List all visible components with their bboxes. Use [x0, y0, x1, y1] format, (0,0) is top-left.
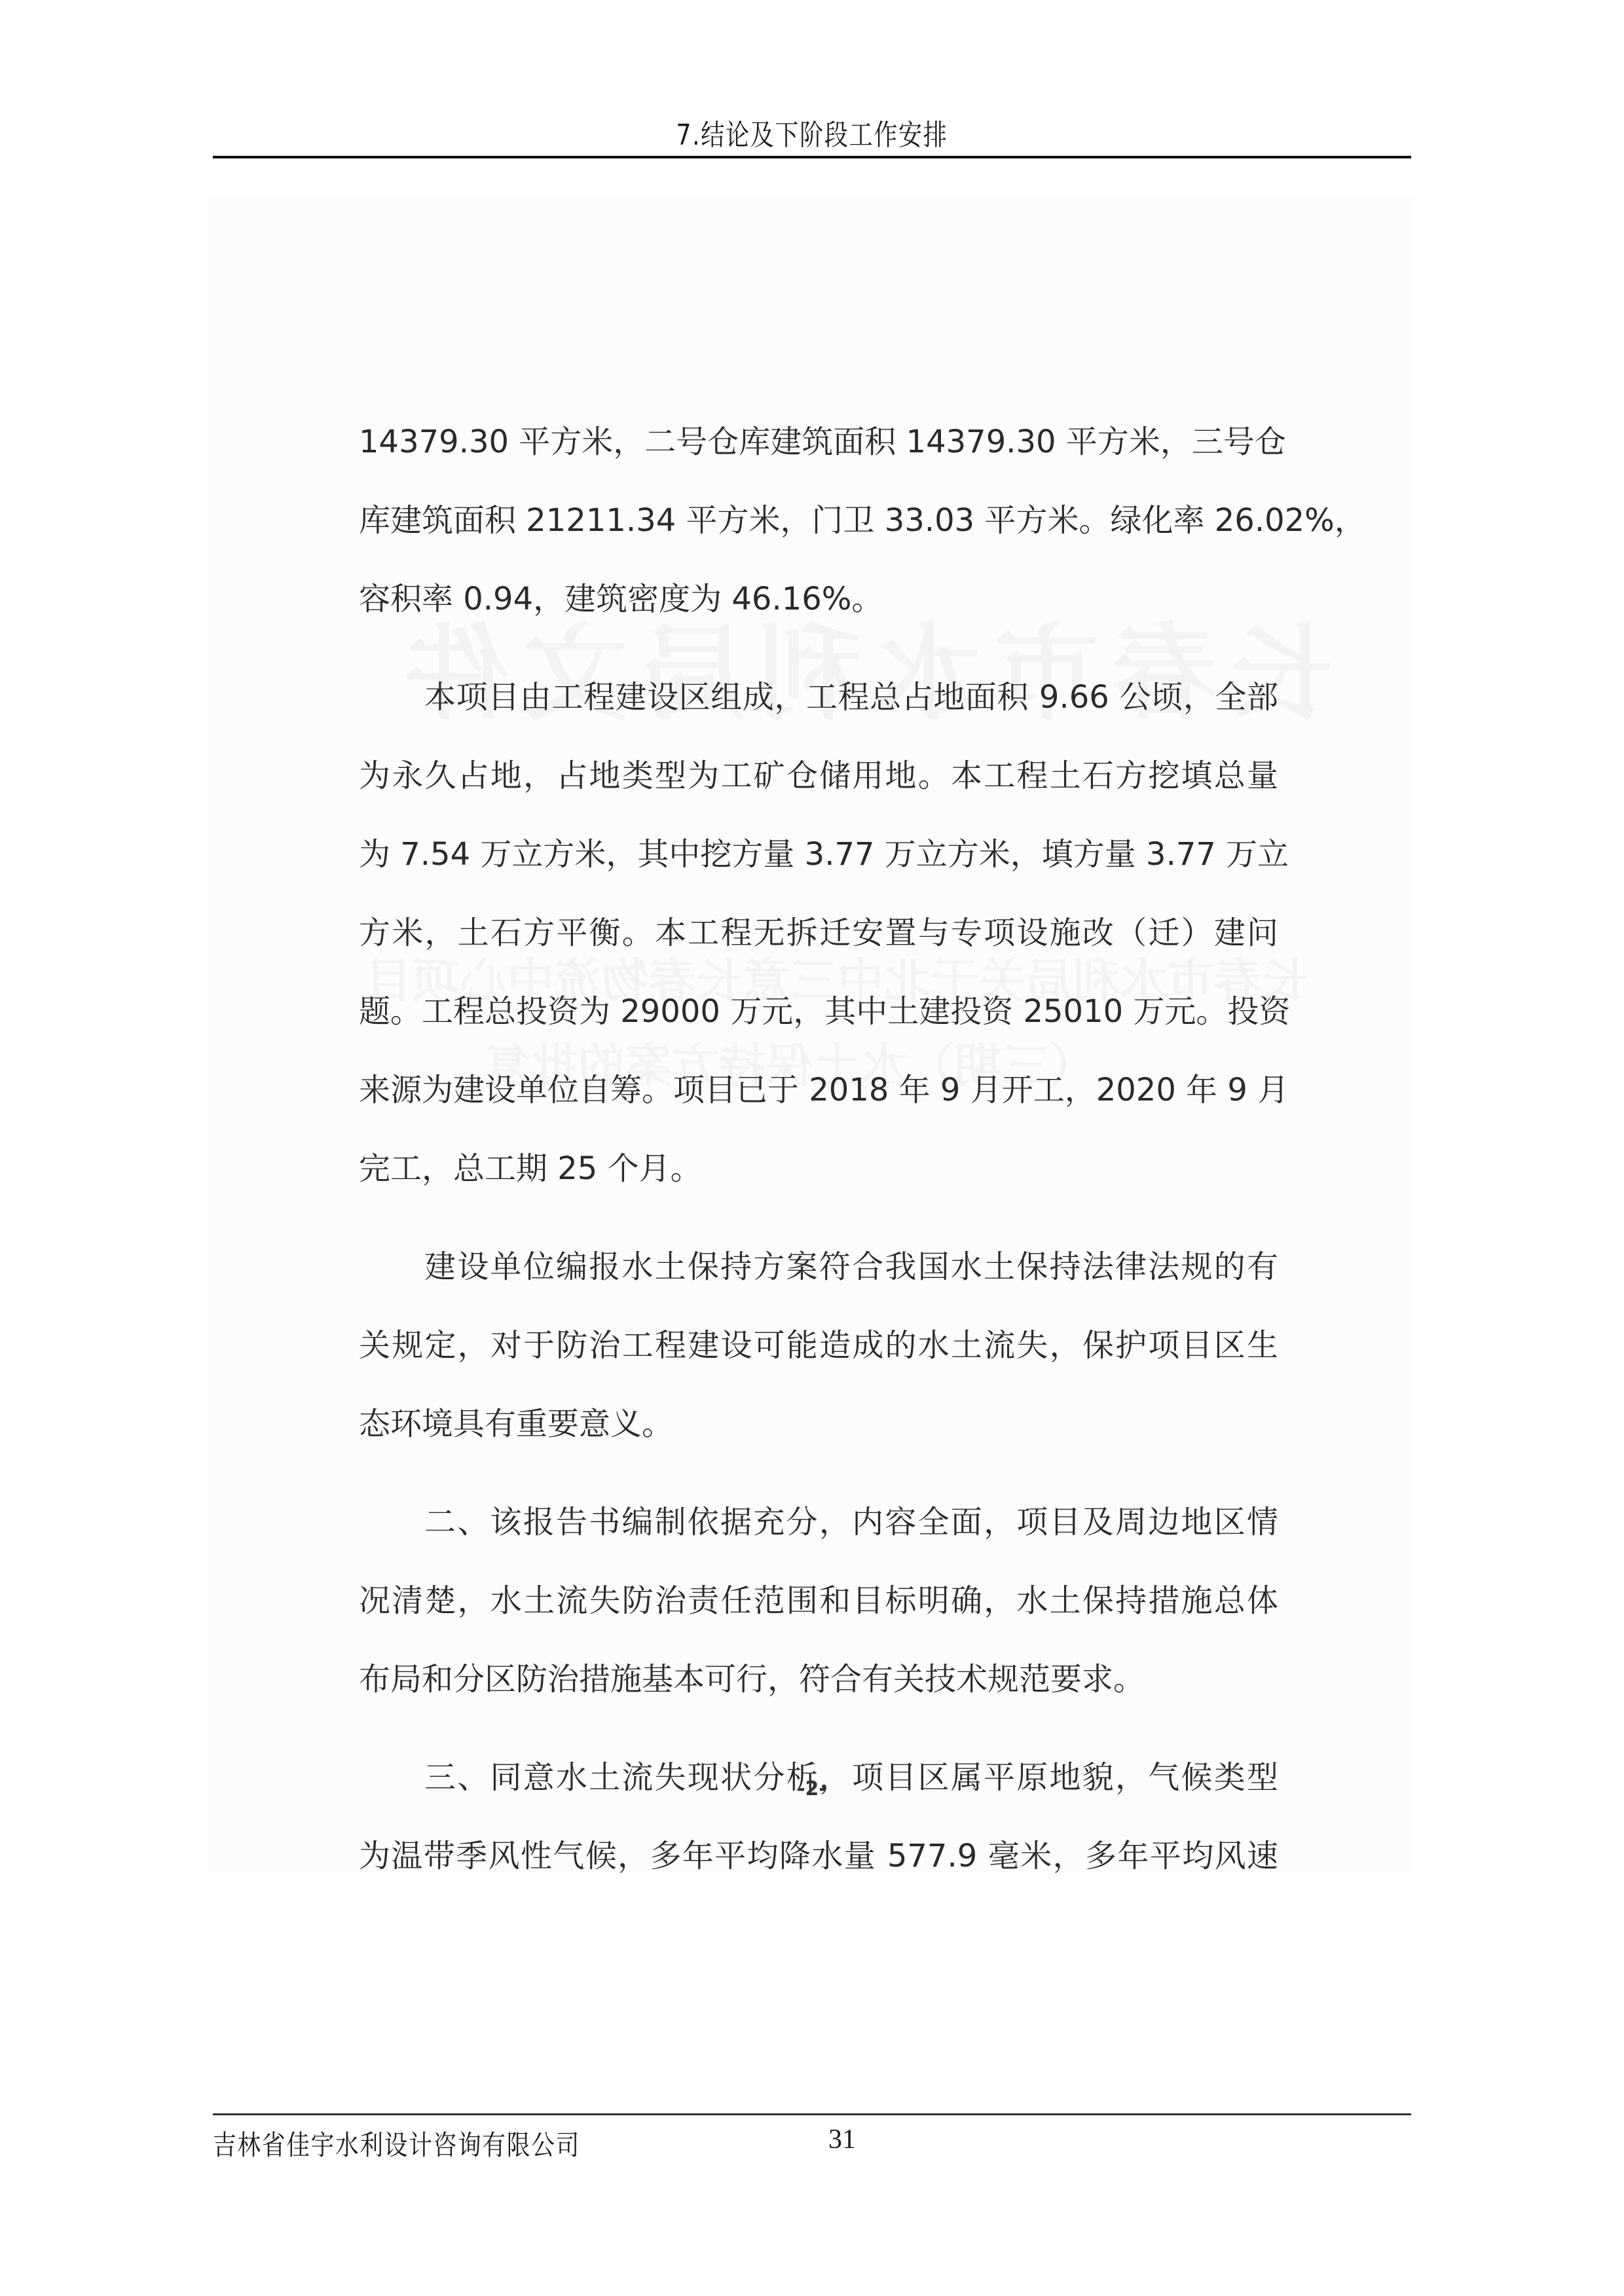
header-rule — [213, 156, 1411, 158]
text-line: 方米，土石方平衡。本工程无拆迁安置与专项设施改（迁）建问 — [359, 894, 1278, 972]
company-name: 吉林省佳宇水利设计咨询有限公司 — [213, 2124, 580, 2163]
text-line: 14379.30 平方米，二号仓库建筑面积 14379.30 平方米，三号仓 — [359, 403, 1278, 481]
text-line: 为永久占地，占地类型为工矿仓储用地。本工程土石方挖填总量 — [359, 737, 1278, 815]
footer-rule — [213, 2113, 1411, 2115]
section-title: 7.结论及下阶段工作安排 — [321, 111, 1304, 153]
text-line: 为温带季风性气候，多年平均降水量 577.9 毫米，多年平均风速 — [359, 1817, 1278, 1895]
page-number: 31 — [828, 2124, 856, 2155]
scanned-page-number: -2- — [779, 1777, 845, 1800]
text-line: 为 7.54 万立方米，其中挖方量 3.77 万立方米，填方量 3.77 万立 — [359, 815, 1278, 894]
text-line: 题。工程总投资为 29000 万元，其中土建投资 25010 万元。投资 — [359, 972, 1278, 1051]
text-line: 容积率 0.94，建筑密度为 46.16%。 — [359, 560, 1278, 638]
document-body: 14379.30 平方米，二号仓库建筑面积 14379.30 平方米，三号仓 库… — [359, 403, 1278, 1895]
page-header: 7.结论及下阶段工作安排 — [213, 105, 1411, 157]
text-line: 库建筑面积 21211.34 平方米，门卫 33.03 平方米。绿化率 26.0… — [359, 481, 1278, 560]
text-line: 况清楚，水土流失防治责任范围和目标明确，水土保持措施总体 — [359, 1561, 1278, 1640]
text-line: 完工，总工期 25 个月。 — [359, 1129, 1278, 1208]
text-line: 来源为建设单位自筹。项目已于 2018 年 9 月开工，2020 年 9 月 — [359, 1051, 1278, 1129]
text-line: 布局和分区防治措施基本可行，符合有关技术规范要求。 — [359, 1640, 1278, 1719]
text-line: 关规定，对于防治工程建设可能造成的水土流失，保护项目区生 — [359, 1306, 1278, 1385]
text-line: 建设单位编报水土保持方案符合我国水土保持法律法规的有 — [359, 1228, 1278, 1306]
text-line: 二、该报告书编制依据充分，内容全面，项目及周边地区情 — [359, 1483, 1278, 1561]
page-footer: 吉林省佳宇水利设计咨询有限公司 31 — [213, 2113, 1411, 2166]
text-line: 态环境具有重要意义。 — [359, 1385, 1278, 1463]
text-line: 本项目由工程建设区组成，工程总占地面积 9.66 公顷，全部 — [359, 658, 1278, 737]
